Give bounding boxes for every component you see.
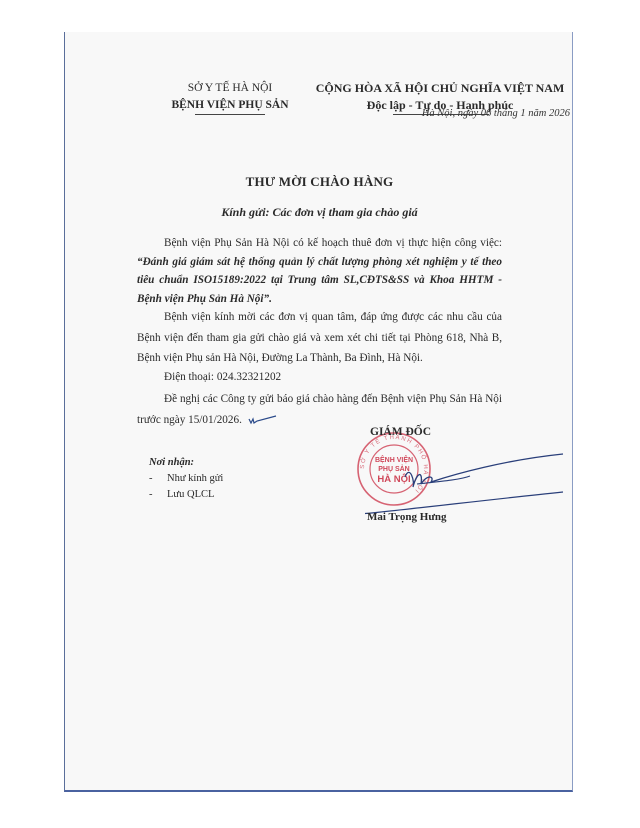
paragraph-deadline-text: Đề nghị các Công ty gửi báo giá chào hàn… — [137, 393, 502, 426]
signatory-title: GIÁM ĐỐC — [370, 426, 431, 438]
date-line: Hà Nội, ngày 06 tháng 1 năm 2026 — [340, 108, 570, 119]
header-left-underline — [195, 114, 265, 115]
document-title: THƯ MỜI CHÀO HÀNG — [65, 174, 574, 190]
initial-mark-icon — [248, 415, 278, 425]
recipient-item: -Như kính gửi — [149, 471, 223, 487]
recipients-block: Nơi nhận: -Như kính gửi -Lưu QLCL — [149, 455, 223, 503]
paragraph-purpose-intro: Bệnh viện Phụ Sản Hà Nội có kế hoạch thu… — [164, 237, 502, 249]
scanned-document-page: SỞ Y TẾ HÀ NỘI BỆNH VIỆN PHỤ SẢN CỘNG HÒ… — [64, 32, 573, 792]
paragraph-invitation: Bệnh viện kính mời các đơn vị quan tâm, … — [137, 307, 502, 369]
phone-line: Điện thoại: 024.32321202 — [137, 368, 502, 387]
paragraph-purpose: Bệnh viện Phụ Sản Hà Nội có kế hoạch thu… — [137, 234, 502, 308]
department-name: SỞ Y TẾ HÀ NỘI — [165, 80, 295, 97]
issuing-authority-header: SỞ Y TẾ HÀ NỘI BỆNH VIỆN PHỤ SẢN — [165, 80, 295, 114]
greeting-line: Kính gửi: Các đơn vị tham gia chào giá — [65, 205, 574, 220]
hospital-name: BỆNH VIỆN PHỤ SẢN — [165, 97, 295, 114]
paragraph-purpose-emphasis: “Đánh giá giám sát hệ thống quản lý chất… — [137, 256, 502, 305]
recipient-item: -Lưu QLCL — [149, 487, 223, 503]
paragraph-deadline: Đề nghị các Công ty gửi báo giá chào hàn… — [137, 389, 502, 431]
nation-title: CỘNG HÒA XÃ HỘI CHỦ NGHĨA VIỆT NAM — [310, 80, 570, 97]
recipients-label: Nơi nhận: — [149, 455, 223, 471]
signatory-name: Mai Trọng Hưng — [367, 511, 447, 523]
